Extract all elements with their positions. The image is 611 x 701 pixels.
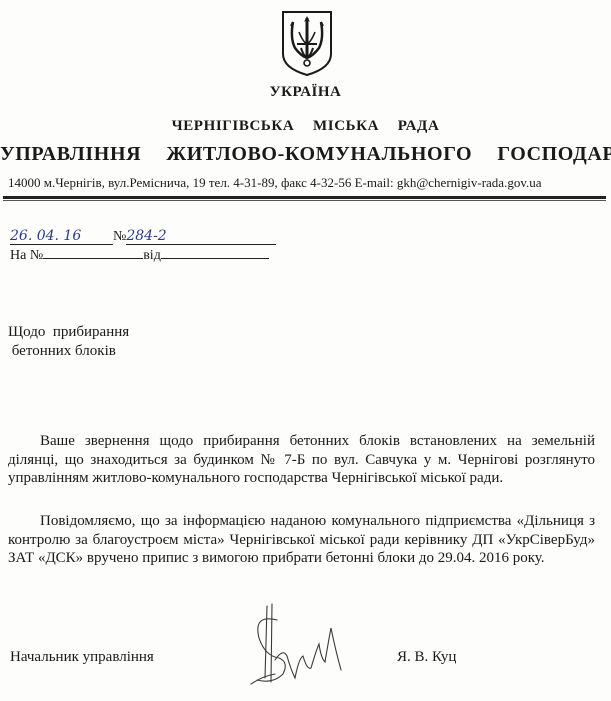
reply-to-date — [161, 244, 269, 259]
council-name: ЧЕРНІГІВСЬКА МІСЬКА РАДА — [0, 118, 611, 135]
outgoing-number: 284-2 — [126, 228, 276, 245]
department-address: 14000 м.Чернігів, вул.Реміснича, 19 тел.… — [8, 175, 542, 191]
reply-to-label: На № — [10, 248, 43, 263]
outgoing-reference: 26. 04. 16№284-2 — [10, 228, 276, 245]
handwritten-signature-icon — [245, 598, 355, 688]
body-paragraph-2: Повідомляємо, що за інформацією наданою … — [8, 512, 595, 568]
body-paragraph-1: Ваше звернення щодо прибирання бетонних … — [8, 432, 595, 488]
number-label: № — [113, 229, 126, 244]
subject-line-2: бетонних блоків — [8, 342, 129, 361]
subject-line-1: Щодо прибирання — [8, 323, 129, 342]
letterhead-divider-thin — [3, 200, 606, 201]
letter-subject: Щодо прибирання бетонних блоків — [8, 323, 129, 361]
incoming-reference: На №від — [10, 244, 269, 264]
outgoing-date: 26. 04. 16 — [10, 228, 113, 245]
letterhead-divider — [3, 196, 606, 199]
signatory-name: Я. В. Куц — [397, 649, 456, 666]
signatory-title: Начальник управління — [10, 649, 154, 666]
from-label: від — [143, 248, 161, 263]
reply-to-number — [43, 244, 143, 259]
country-name: УКРАЇНА — [0, 84, 611, 101]
trident-coat-of-arms-icon — [279, 8, 335, 78]
department-name: УПРАВЛІННЯ ЖИТЛОВО-КОМУНАЛЬНОГО ГОСПОДАР… — [0, 143, 611, 166]
